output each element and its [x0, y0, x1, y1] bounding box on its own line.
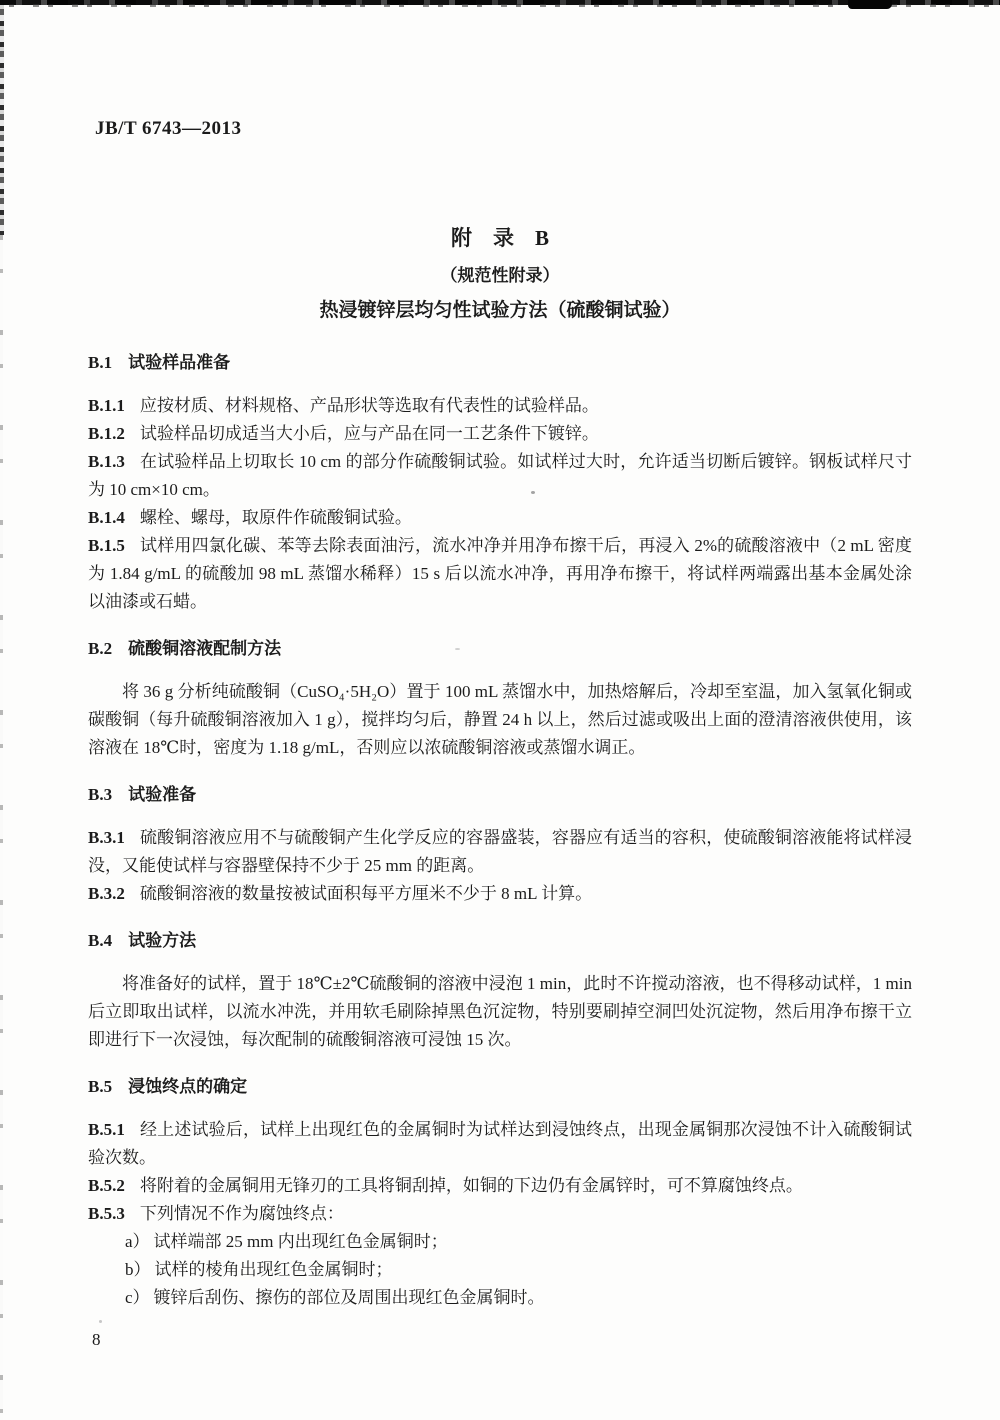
clause: B.5.2将附着的金属铜用无锋刃的工具将铜刮掉，如铜的下边仍有金属锌时，可不算腐…	[88, 1172, 912, 1200]
clause: B.1.5试样用四氯化碳、苯等去除表面油污，流水冲净并用净布擦干后，再浸入 2%…	[88, 532, 912, 616]
clause-text: 试样用四氯化碳、苯等去除表面油污，流水冲净并用净布擦干后，再浸入 2%的硫酸溶液…	[88, 536, 912, 611]
clause-number: B.1.2	[88, 424, 125, 443]
list-text: 试样端部 25 mm 内出现红色金属铜时；	[154, 1232, 448, 1251]
section-heading: B.5浸蚀终点的确定	[88, 1076, 912, 1098]
appendix-title: 附 录 B	[0, 222, 1000, 252]
section-heading: B.3试验准备	[88, 784, 912, 806]
list-marker: b）	[125, 1260, 151, 1279]
scan-artifact-left-edge	[0, 0, 4, 235]
list-text: 试样的棱角出现红色金属铜时；	[155, 1260, 393, 1279]
clause-number: B.5.3	[88, 1204, 125, 1223]
list-item-a: a）试样端部 25 mm 内出现红色金属铜时；	[88, 1228, 912, 1256]
list-marker: c）	[125, 1288, 150, 1307]
section-number: B.1	[88, 353, 112, 372]
clause-number: B.1.3	[88, 452, 125, 471]
clause: B.3.2硫酸铜溶液的数量按被试面积每平方厘米不少于 8 mL 计算。	[88, 880, 912, 908]
section-paragraph: 将准备好的试样，置于 18℃±2℃硫酸铜的溶液中浸泡 1 min，此时不许搅动溶…	[88, 970, 912, 1054]
clause-text: 在试验样品上切取长 10 cm 的部分作硫酸铜试验。如试样过大时，允许适当切断后…	[88, 452, 912, 499]
document-body: B.1试验样品准备 B.1.1应按材质、材料规格、产品形状等选取有代表性的试验样…	[88, 352, 912, 1312]
clause-number: B.1.1	[88, 396, 125, 415]
document-page: JB/T 6743—2013 附 录 B （规范性附录） 热浸镀锌层均匀性试验方…	[0, 0, 1000, 1420]
clause: B.3.1硫酸铜溶液应用不与硫酸铜产生化学反应的容器盛装，容器应有适当的容积，使…	[88, 824, 912, 880]
list-item-b: b）试样的棱角出现红色金属铜时；	[88, 1256, 912, 1284]
clause-number: B.1.5	[88, 536, 125, 555]
clause: B.5.3下列情况不作为腐蚀终点：	[88, 1200, 912, 1228]
clause-text: 试验样品切成适当大小后，应与产品在同一工艺条件下镀锌。	[140, 424, 599, 443]
section-paragraph: 将 36 g 分析纯硫酸铜（CuSO₄·5H₂O）置于 100 mL 蒸馏水中，…	[88, 678, 912, 762]
appendix-subject-title: 热浸镀锌层均匀性试验方法（硫酸铜试验）	[0, 295, 1000, 322]
clause-number: B.3.1	[88, 828, 125, 847]
scan-artifact-left-edge-faint	[0, 235, 3, 1420]
list-text: 镀锌后刮伤、擦伤的部位及周围出现红色金属铜时。	[154, 1288, 545, 1307]
clause-number: B.5.1	[88, 1120, 125, 1139]
section-b3: B.3试验准备 B.3.1硫酸铜溶液应用不与硫酸铜产生化学反应的容器盛装，容器应…	[88, 784, 912, 908]
clause: B.5.1经上述试验后，试样上出现红色的金属铜时为试样达到浸蚀终点，出现金属铜那…	[88, 1116, 912, 1172]
section-b2: B.2硫酸铜溶液配制方法 将 36 g 分析纯硫酸铜（CuSO₄·5H₂O）置于…	[88, 638, 912, 762]
clause-number: B.1.4	[88, 508, 125, 527]
section-number: B.5	[88, 1077, 112, 1096]
clause: B.1.1应按材质、材料规格、产品形状等选取有代表性的试验样品。	[88, 392, 912, 420]
list-item-c: c）镀锌后刮伤、擦伤的部位及周围出现红色金属铜时。	[88, 1284, 912, 1312]
scan-artifact-top-blob	[848, 0, 892, 9]
list-marker: a）	[125, 1232, 150, 1251]
scan-speck	[99, 1320, 102, 1323]
clause-text: 硫酸铜溶液的数量按被试面积每平方厘米不少于 8 mL 计算。	[140, 884, 592, 903]
clause-text: 硫酸铜溶液应用不与硫酸铜产生化学反应的容器盛装，容器应有适当的容积，使硫酸铜溶液…	[88, 828, 912, 875]
clause-text: 下列情况不作为腐蚀终点：	[140, 1204, 344, 1223]
section-heading: B.2硫酸铜溶液配制方法	[88, 638, 912, 660]
section-title: 硫酸铜溶液配制方法	[128, 639, 281, 658]
appendix-title-block: 附 录 B （规范性附录） 热浸镀锌层均匀性试验方法（硫酸铜试验）	[0, 222, 1000, 322]
page-number: 8	[92, 1330, 101, 1350]
section-title: 浸蚀终点的确定	[128, 1077, 247, 1096]
clause-text: 经上述试验后，试样上出现红色的金属铜时为试样达到浸蚀终点，出现金属铜那次浸蚀不计…	[88, 1120, 912, 1167]
clause-text: 应按材质、材料规格、产品形状等选取有代表性的试验样品。	[140, 396, 599, 415]
clause: B.1.4螺栓、螺母，取原件作硫酸铜试验。	[88, 504, 912, 532]
standard-number-header: JB/T 6743—2013	[95, 118, 242, 140]
section-number: B.4	[88, 931, 112, 950]
clause-number: B.3.2	[88, 884, 125, 903]
clause-text: 将附着的金属铜用无锋刃的工具将铜刮掉，如铜的下边仍有金属锌时，可不算腐蚀终点。	[140, 1176, 803, 1195]
section-heading: B.1试验样品准备	[88, 352, 912, 374]
section-title: 试验方法	[128, 931, 196, 950]
clause-text: 螺栓、螺母，取原件作硫酸铜试验。	[140, 508, 412, 527]
appendix-normative-label: （规范性附录）	[0, 261, 1000, 286]
section-title: 试验样品准备	[128, 353, 230, 372]
clause: B.1.3在试验样品上切取长 10 cm 的部分作硫酸铜试验。如试样过大时，允许…	[88, 448, 912, 504]
section-b1: B.1试验样品准备 B.1.1应按材质、材料规格、产品形状等选取有代表性的试验样…	[88, 352, 912, 616]
section-heading: B.4试验方法	[88, 930, 912, 952]
section-b4: B.4试验方法 将准备好的试样，置于 18℃±2℃硫酸铜的溶液中浸泡 1 min…	[88, 930, 912, 1054]
clause: B.1.2试验样品切成适当大小后，应与产品在同一工艺条件下镀锌。	[88, 420, 912, 448]
section-b5: B.5浸蚀终点的确定 B.5.1经上述试验后，试样上出现红色的金属铜时为试样达到…	[88, 1076, 912, 1312]
clause-number: B.5.2	[88, 1176, 125, 1195]
section-title: 试验准备	[128, 785, 196, 804]
section-number: B.3	[88, 785, 112, 804]
section-number: B.2	[88, 639, 112, 658]
